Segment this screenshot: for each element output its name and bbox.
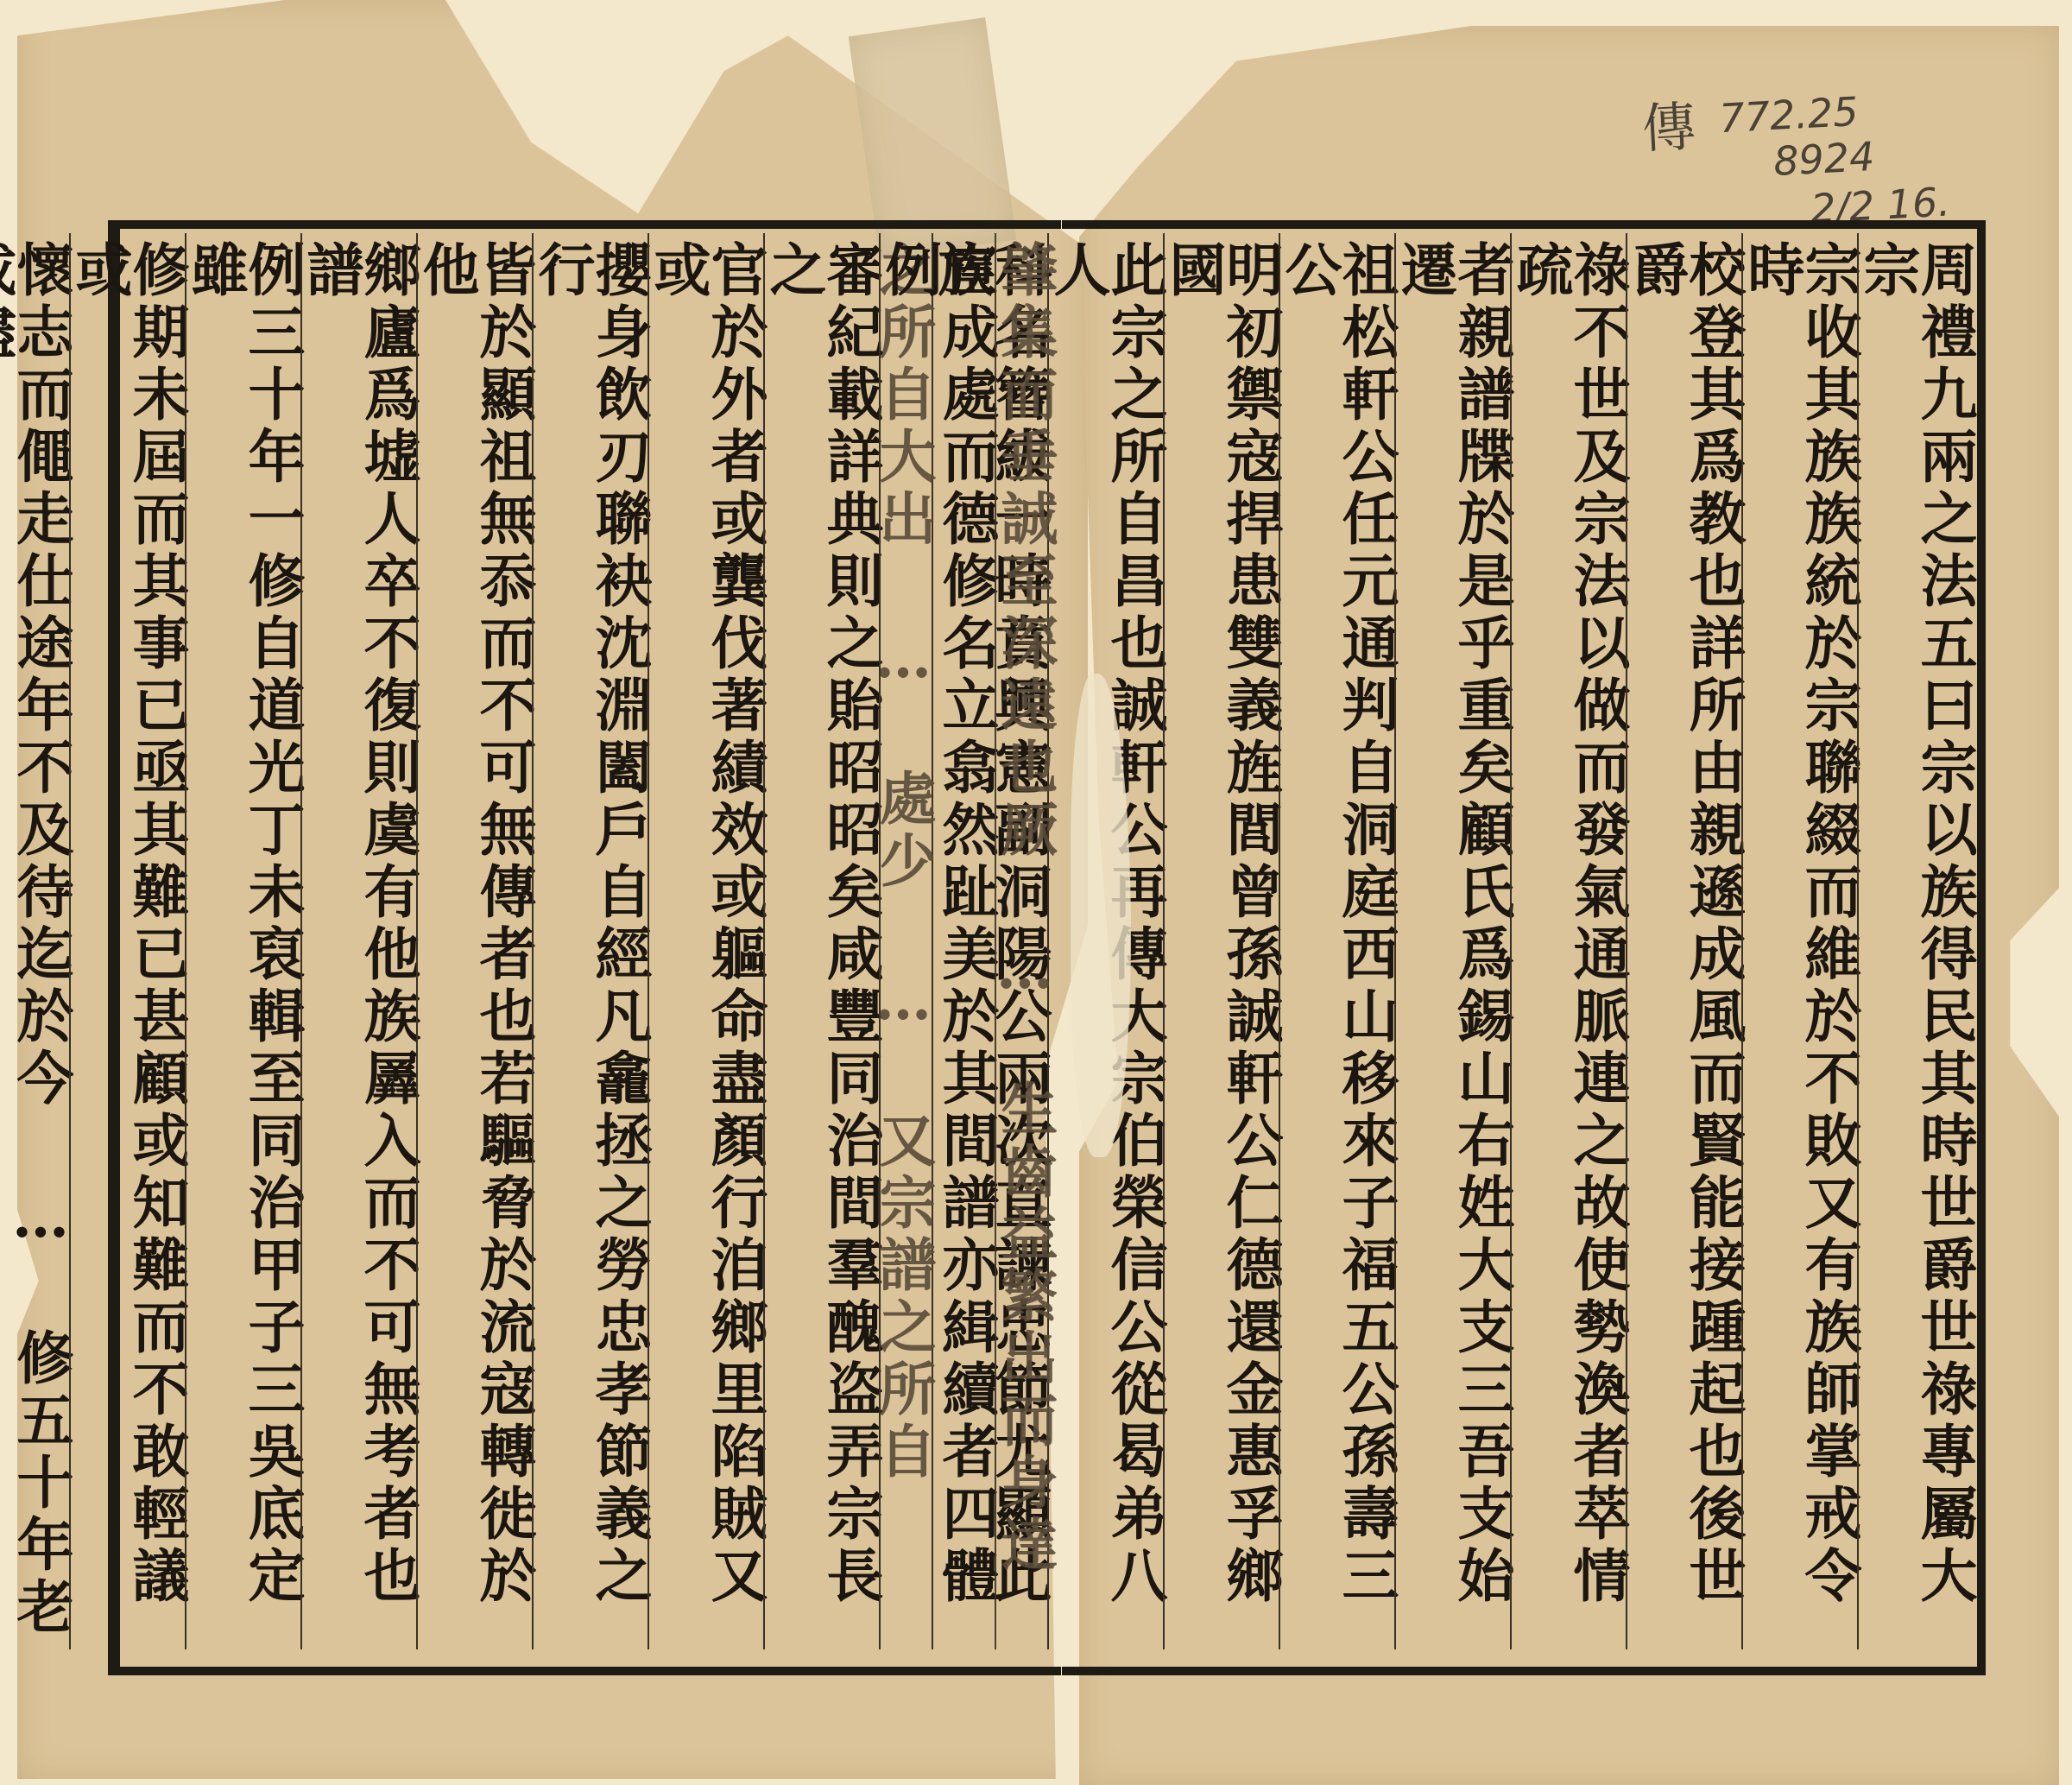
catalog-line-2: 8924 xyxy=(1772,133,1876,185)
text-columns-left: 肇集而垂誠至深遠也厥 … 生齒益繁出而身達 宦成處而德修名立翕然趾美於其間譜亦緝… xyxy=(121,233,1053,1649)
text-column: 官於外者或龔伐著績效或軀命盡顏行洎鄉里陷賊又或 xyxy=(647,233,763,1649)
text-column: 祿不世及宗法以做而發氣通脈連之故使勢渙者萃情疏 xyxy=(1510,233,1626,1649)
text-column: 宗收其族族統於宗聯綴而維於不敗又有族師掌戒令時 xyxy=(1741,233,1857,1649)
catalog-line-1: 772.25 xyxy=(1718,88,1860,142)
catalog-char: 傳 xyxy=(1639,84,1697,163)
text-column: 周禮九兩之法五曰宗以族得民其時世爵世祿專屬大宗 xyxy=(1857,233,1973,1649)
text-column: 校登其爲教也詳所由親遜成風而賢能接踵起也後世爵 xyxy=(1626,233,1741,1649)
text-column: 鄉廬爲墟人卒不復則虞有他族羼入而不可無考者也譜 xyxy=(300,233,416,1649)
text-column: 祖松軒公任元通判自洞庭西山移來子福五公孫壽三公 xyxy=(1279,233,1394,1649)
text-column: 明初禦寇捍患雙義旌閭曾孫誠軒公仁德還金惠孚鄉國 xyxy=(1163,233,1279,1649)
text-column: 修期未屆而其事已亟其難已甚顧或知難而不敢輕議或 xyxy=(69,233,185,1649)
text-column: 者親譜牒於是乎重矣顧氏爲錫山右姓大支三吾支始遷 xyxy=(1394,233,1510,1649)
text-columns-right: 周禮九兩之法五曰宗以族得民其時世爵世祿專屬大宗 宗收其族族統於宗聯綴而維於不敗又… xyxy=(1066,233,1973,1649)
text-column: 例三十年一修自道光丁未裒輯至同治甲子三吳底定雖 xyxy=(185,233,300,1649)
text-column: 皆於顯祖無忝而不可無傳者也若驅脅於流寇轉徙於他 xyxy=(416,233,532,1649)
text-column: 懷志而僶走仕途年不及待迄於今 … 修五十年老成盡 xyxy=(0,233,69,1649)
damaged-text-column: 肇集而垂誠至深遠也厥 … 生齒益繁出而身達 xyxy=(995,233,1053,1649)
text-column: 審紀載詳典則之貽昭昭矣咸豐同治間羣醜盗弄宗長之 xyxy=(763,233,879,1649)
text-column: 攖身飲刃聯袂沈淵闔戶自經凡龕拯之勞忠孝節義之行 xyxy=(532,233,647,1649)
text-column: 宦成處而德修名立翕然趾美於其間譜亦緝續者四體例 xyxy=(879,233,995,1649)
